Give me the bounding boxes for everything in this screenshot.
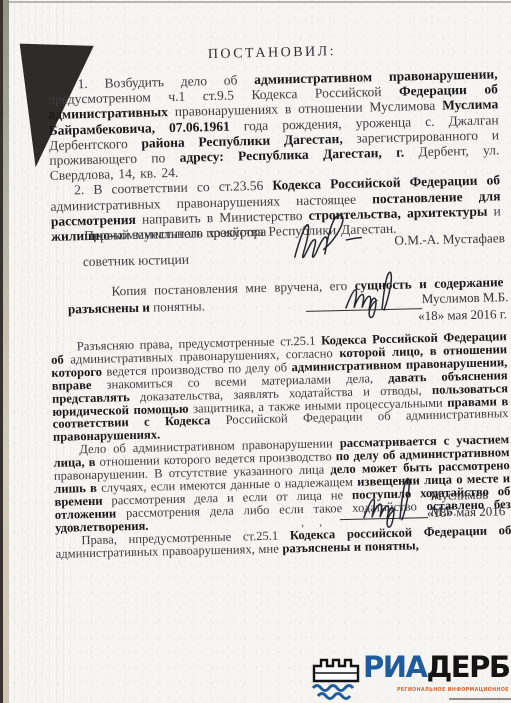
logo-text-ria: РИА [363, 650, 426, 684]
document-page: ПОСТАНОВИЛ: 1. Возбудить дело об админис… [9, 0, 511, 703]
fortress-icon [311, 657, 361, 701]
prosecutor-name: О.М.-А. Мустафаев [394, 230, 505, 249]
document-heading: ПОСТАНОВИЛ: [47, 40, 497, 67]
prosecutor-signature-icon [286, 209, 369, 267]
logo-tagline: РЕГИОНАЛЬНОЕ ИНФОРМАЦИОННОЕ АГЕНТСТВО [397, 687, 511, 693]
muslimov-signature-2-icon [357, 474, 430, 530]
ack1-name: Муслимов М.Б. [422, 289, 509, 307]
ack2-date: «18» мая 2016 г. [427, 503, 511, 537]
rights-paragraph: Разъясняю права, предусмотренные ст.25.1… [51, 330, 509, 444]
logo-text-derbent: ДЕРБЕНТ [426, 650, 511, 684]
resolution-items: 1. Возбудить дело об административном пр… [47, 66, 501, 244]
ria-derbent-logo: РИАДЕРБЕНТ РЕГИОНАЛЬНОЕ ИНФОРМАЦИОННОЕ А… [309, 650, 511, 703]
document-content: ПОСТАНОВИЛ: 1. Возбудить дело об админис… [1, 0, 511, 703]
signer-title-line1: Первый заместитель прокурора [84, 224, 266, 244]
logo-wordmark: РИАДЕРБЕНТ [363, 650, 511, 684]
paragraph-item-1: 1. Возбудить дело об административном пр… [47, 66, 499, 183]
signer-title-line2: советник юстиции [83, 252, 190, 270]
muslimov-signature-1-icon [339, 268, 412, 320]
ack1-date: «18» мая 2016 г. [418, 306, 507, 324]
logo-underline [449, 698, 511, 700]
scanned-document: ПОСТАНОВИЛ: 1. Возбудить дело об админис… [0, 0, 511, 703]
scan-stray-marks: , , [301, 514, 328, 530]
